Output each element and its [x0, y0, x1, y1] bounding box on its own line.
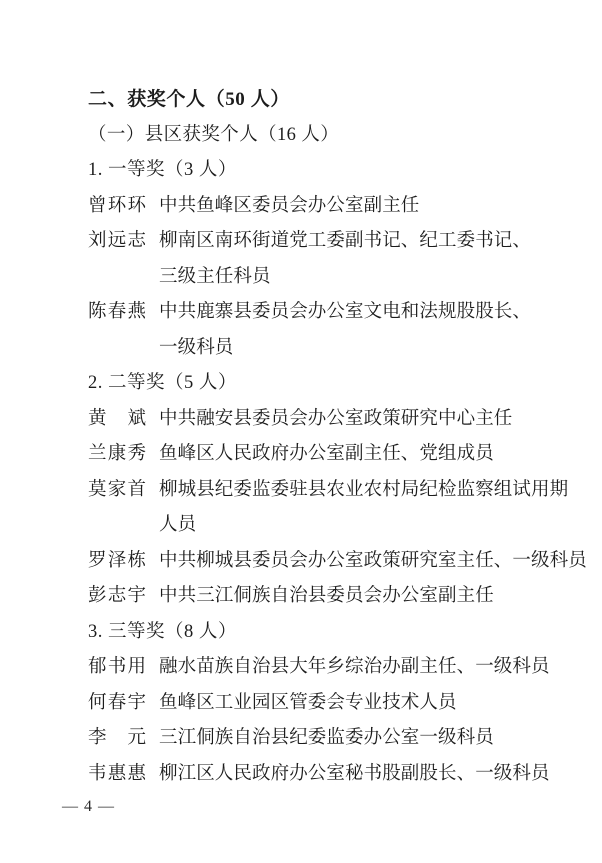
document-page: { "document": { "heading": "二、获奖个人（50 人）…	[0, 0, 602, 863]
award-entry: 莫家首 柳城县纪委监委驻县农业农村局纪检监察组试用期人员	[88, 473, 568, 544]
recipient-position: 中共柳城县委员会办公室政策研究室主任、一级科员	[159, 544, 587, 580]
award-entries: 郁书用 融水苗族自治县大年乡综治办副主任、一级科员 何春宇 鱼峰区工业园区管委会…	[88, 650, 568, 792]
section-heading: 二、获奖个人（50 人）	[88, 82, 568, 118]
position-line: 鱼峰区人民政府办公室副主任、党组成员	[159, 437, 494, 473]
award-entries: 曾环环 中共鱼峰区委员会办公室副主任 刘远志 柳南区南环街道党工委副书记、纪工委…	[88, 189, 568, 367]
position-line: 柳城县纪委监委驻县农业农村局纪检监察组试用期	[159, 473, 568, 509]
recipient-name: 郁书用	[88, 650, 146, 686]
award-entry: 韦惠惠 柳江区人民政府办公室秘书股副股长、一级科员	[88, 757, 568, 793]
position-line: 鱼峰区工业园区管委会专业技术人员	[159, 686, 457, 722]
award-section-label: 1. 一等奖（3 人）	[88, 153, 568, 189]
position-line: 中共融安县委员会办公室政策研究中心主任	[159, 402, 512, 438]
award-entry: 曾环环 中共鱼峰区委员会办公室副主任	[88, 189, 568, 225]
award-entry: 罗泽栋 中共柳城县委员会办公室政策研究室主任、一级科员	[88, 544, 568, 580]
recipient-name: 刘远志	[88, 224, 146, 260]
award-section: 3. 三等奖（8 人） 郁书用 融水苗族自治县大年乡综治办副主任、一级科员 何春…	[88, 615, 568, 793]
recipient-name: 罗泽栋	[88, 544, 146, 580]
recipient-name: 何春宇	[88, 686, 146, 722]
award-entry: 郁书用 融水苗族自治县大年乡综治办副主任、一级科员	[88, 650, 568, 686]
award-section-label: 3. 三等奖（8 人）	[88, 615, 568, 651]
award-section: 2. 二等奖（5 人） 黄 斌 中共融安县委员会办公室政策研究中心主任 兰康秀 …	[88, 366, 568, 615]
position-line: 中共柳城县委员会办公室政策研究室主任、一级科员	[159, 544, 587, 580]
recipient-name: 彭志宇	[88, 579, 146, 615]
award-entry: 彭志宇 中共三江侗族自治县委员会办公室副主任	[88, 579, 568, 615]
recipient-position: 融水苗族自治县大年乡综治办副主任、一级科员	[159, 650, 550, 686]
award-entry: 李 元 三江侗族自治县纪委监委办公室一级科员	[88, 721, 568, 757]
position-line: 中共鱼峰区委员会办公室副主任	[159, 189, 419, 225]
position-line: 中共三江侗族自治县委员会办公室副主任	[159, 579, 494, 615]
recipient-name: 曾环环	[88, 189, 146, 225]
subsection-heading: （一）县区获奖个人（16 人）	[88, 118, 568, 154]
recipient-position: 鱼峰区工业园区管委会专业技术人员	[159, 686, 457, 722]
recipient-name: 韦惠惠	[88, 757, 146, 793]
recipient-position: 中共融安县委员会办公室政策研究中心主任	[159, 402, 512, 438]
recipient-name: 莫家首	[88, 473, 146, 509]
award-section: 1. 一等奖（3 人） 曾环环 中共鱼峰区委员会办公室副主任 刘远志 柳南区南环…	[88, 153, 568, 366]
recipient-name: 黄 斌	[88, 402, 146, 438]
recipient-name: 李 元	[88, 721, 146, 757]
recipient-position: 鱼峰区人民政府办公室副主任、党组成员	[159, 437, 494, 473]
position-line: 融水苗族自治县大年乡综治办副主任、一级科员	[159, 650, 550, 686]
recipient-position: 中共鹿寨县委员会办公室文电和法规股股长、一级科员	[159, 295, 531, 366]
award-entries: 黄 斌 中共融安县委员会办公室政策研究中心主任 兰康秀 鱼峰区人民政府办公室副主…	[88, 402, 568, 615]
position-line: 一级科员	[159, 331, 531, 367]
recipient-name: 陈春燕	[88, 295, 146, 331]
position-line: 柳南区南环街道党工委副书记、纪工委书记、	[159, 224, 531, 260]
position-line: 人员	[159, 508, 568, 544]
position-line: 中共鹿寨县委员会办公室文电和法规股股长、	[159, 295, 531, 331]
position-line: 三级主任科员	[159, 260, 531, 296]
position-line: 柳江区人民政府办公室秘书股副股长、一级科员	[159, 757, 550, 793]
document-body: 二、获奖个人（50 人） （一）县区获奖个人（16 人） 1. 一等奖（3 人）…	[88, 82, 568, 792]
award-entry: 何春宇 鱼峰区工业园区管委会专业技术人员	[88, 686, 568, 722]
award-sections: 1. 一等奖（3 人） 曾环环 中共鱼峰区委员会办公室副主任 刘远志 柳南区南环…	[88, 153, 568, 792]
page-number: — 4 —	[62, 796, 115, 818]
award-entry: 兰康秀 鱼峰区人民政府办公室副主任、党组成员	[88, 437, 568, 473]
position-line: 三江侗族自治县纪委监委办公室一级科员	[159, 721, 494, 757]
recipient-position: 柳南区南环街道党工委副书记、纪工委书记、三级主任科员	[159, 224, 531, 295]
award-entry: 陈春燕 中共鹿寨县委员会办公室文电和法规股股长、一级科员	[88, 295, 568, 366]
award-entry: 黄 斌 中共融安县委员会办公室政策研究中心主任	[88, 402, 568, 438]
recipient-position: 柳城县纪委监委驻县农业农村局纪检监察组试用期人员	[159, 473, 568, 544]
recipient-position: 三江侗族自治县纪委监委办公室一级科员	[159, 721, 494, 757]
recipient-name: 兰康秀	[88, 437, 146, 473]
award-section-label: 2. 二等奖（5 人）	[88, 366, 568, 402]
recipient-position: 中共三江侗族自治县委员会办公室副主任	[159, 579, 494, 615]
recipient-position: 柳江区人民政府办公室秘书股副股长、一级科员	[159, 757, 550, 793]
award-entry: 刘远志 柳南区南环街道党工委副书记、纪工委书记、三级主任科员	[88, 224, 568, 295]
recipient-position: 中共鱼峰区委员会办公室副主任	[159, 189, 419, 225]
